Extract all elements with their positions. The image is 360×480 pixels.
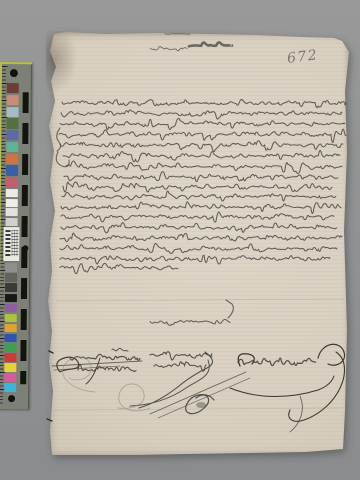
label-fine-print (11, 231, 18, 257)
color-patch (6, 189, 18, 197)
color-patch (5, 263, 17, 272)
color-patch (6, 208, 18, 216)
paper-sheet (46, 31, 350, 457)
color-patch (5, 294, 17, 302)
color-patch (5, 273, 17, 282)
calibration-label (3, 227, 19, 261)
manuscript-page (46, 31, 350, 457)
color-patch (6, 142, 18, 152)
calibration-dot-middle (22, 245, 28, 251)
color-patch (7, 95, 19, 105)
color-patch (7, 107, 19, 117)
color-patch (6, 118, 18, 128)
color-patch (5, 304, 17, 312)
color-patch (4, 373, 16, 381)
color-patch (4, 364, 16, 372)
color-patch (5, 324, 17, 332)
color-patch (6, 218, 18, 226)
calibration-dot-bottom (8, 395, 15, 402)
color-patch (4, 383, 16, 391)
color-patch (6, 130, 18, 140)
color-patch (6, 154, 18, 164)
color-patch (7, 83, 19, 93)
color-patches (4, 83, 19, 393)
color-patch (6, 199, 18, 207)
registration-dashes (20, 92, 29, 384)
color-patch (5, 283, 17, 292)
color-patch (5, 314, 17, 322)
calibration-dot-top (10, 69, 18, 77)
label-logo-block (5, 230, 10, 256)
color-patch (6, 177, 18, 187)
photo-background: 672 (0, 0, 360, 480)
color-patch (6, 166, 18, 176)
color-patch (4, 354, 16, 362)
color-patch (5, 334, 17, 342)
color-calibration-bar (0, 62, 32, 409)
color-patch (4, 344, 16, 352)
